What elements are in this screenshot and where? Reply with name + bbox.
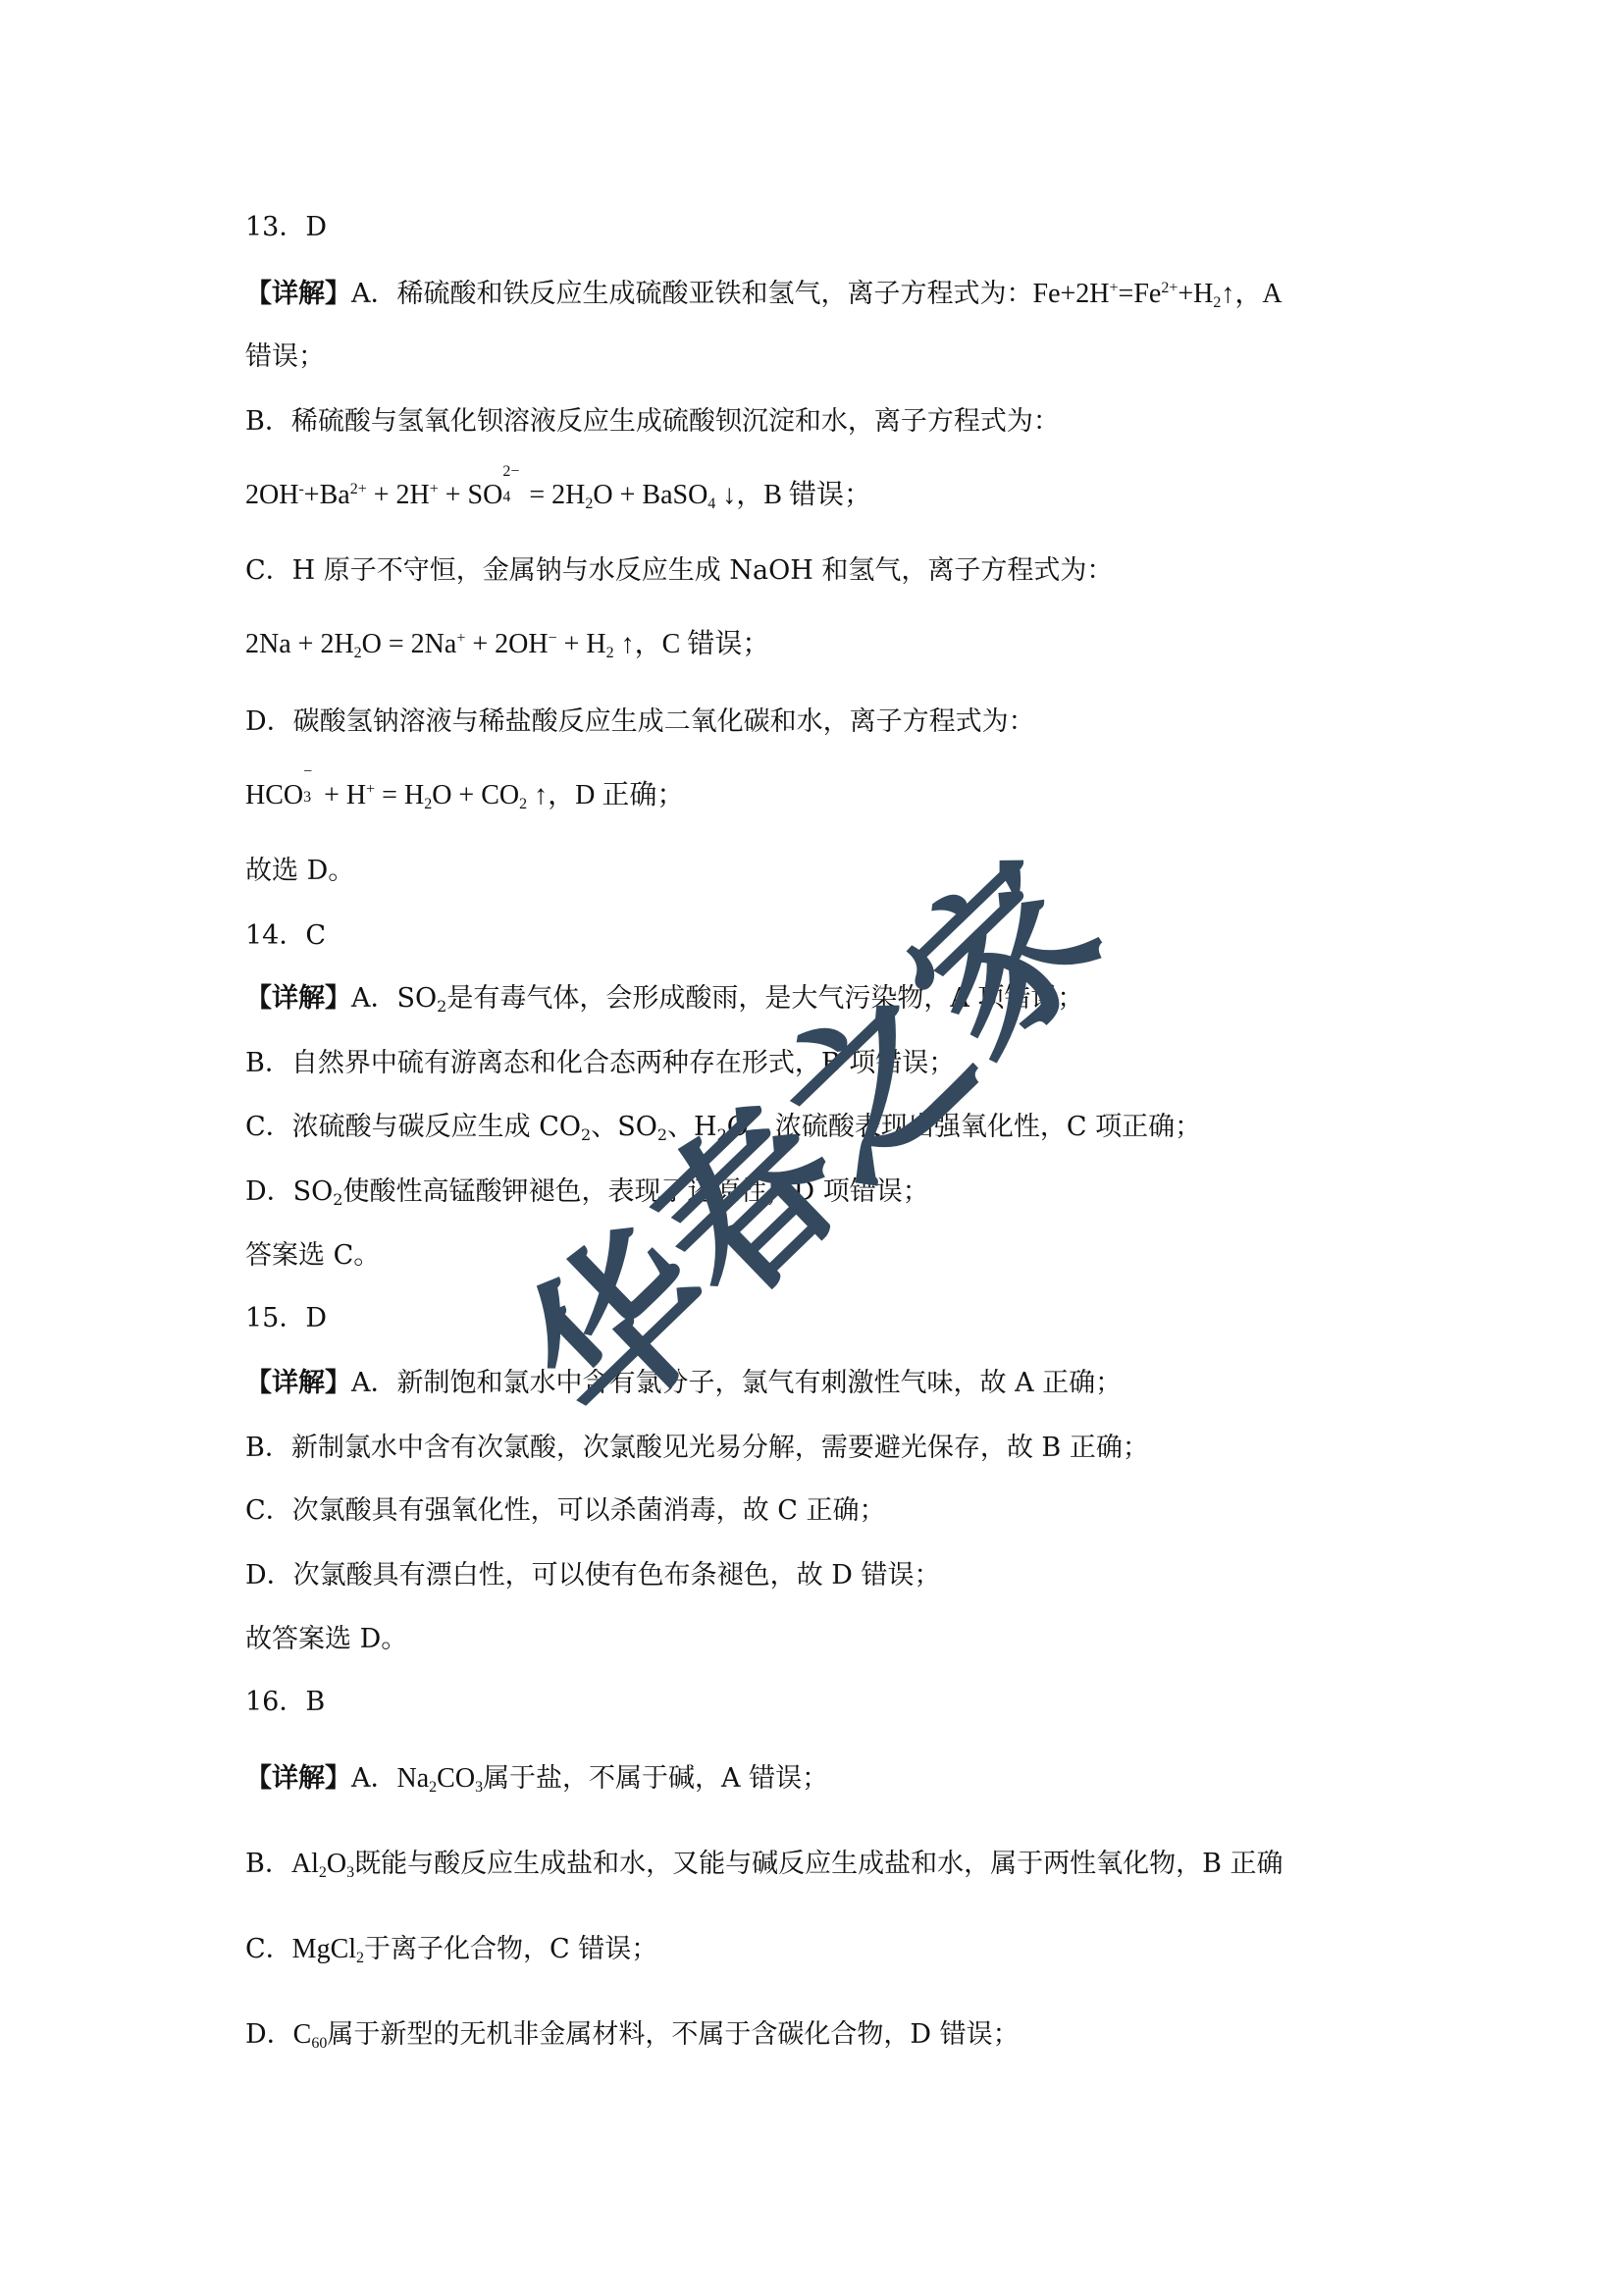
q13-a-equation: Fe+2H+=Fe2++H2↑，A bbox=[1033, 279, 1283, 309]
q15-option-c: C．次氯酸具有强氧化性，可以杀菌消毒，故 C 正确； bbox=[245, 1493, 885, 1529]
q16-option-c: C．MgCl2于离子化合物，C 错误； bbox=[245, 1932, 657, 1967]
q15-option-b: B．新制氯水中含有次氯酸，次氯酸见光易分解，需要避光保存，故 B 正确； bbox=[245, 1431, 1149, 1466]
q14-conclusion: 答案选 C。 bbox=[245, 1238, 380, 1274]
q14-option-c: C．浓硫酸与碳反应生成 CO2、SO2、H2O，浓硫酸表现出强氧化性，C 项正确… bbox=[245, 1110, 1201, 1145]
q16-answer-label: 16．B bbox=[245, 1685, 325, 1720]
q13-option-b: B．稀硫酸与氢氧化钡溶液反应生成硫酸钡沉淀和水，离子方程式为： bbox=[245, 404, 1060, 440]
q13-option-d: D．碳酸氢钠溶液与稀盐酸反应生成二氧化碳和水，离子方程式为： bbox=[245, 704, 1035, 740]
q13-option-d-equation: HCO−3 + H+ = H2O + CO2 ↑，D 正确； bbox=[245, 778, 684, 813]
q15-conclusion: 故答案选 D。 bbox=[245, 1622, 407, 1657]
q14-answer-label: 14．C bbox=[245, 918, 326, 954]
q14-option-b: B．自然界中硫有游离态和化合态两种存在形式，B 项错误； bbox=[245, 1046, 955, 1081]
detail-prefix: 【详解】 bbox=[245, 1368, 351, 1398]
detail-prefix: 【详解】 bbox=[245, 983, 351, 1014]
q13-option-b-equation: 2OH-+Ba2+ + 2H+ + SO2−4 = 2H2O + BaSO4 ↓… bbox=[245, 478, 871, 513]
detail-prefix: 【详解】 bbox=[245, 279, 351, 309]
q16-option-d: D．C60属于新型的无机非金属材料，不属于含碳化合物，D 错误； bbox=[245, 2017, 1020, 2053]
q15-option-d: D．次氯酸具有漂白性，可以使有色布条褪色，故 D 错误； bbox=[245, 1558, 940, 1593]
q13-option-a: 【详解】A．稀硫酸和铁反应生成硫酸亚铁和氢气，离子方程式为：Fe+2H+=Fe2… bbox=[245, 277, 1283, 312]
q13-option-c-equation: 2Na + 2H2O = 2Na+ + 2OH− + H2 ↑，C 错误； bbox=[245, 627, 769, 662]
q13-option-a-continued: 错误； bbox=[245, 339, 325, 375]
detail-prefix: 【详解】 bbox=[245, 1763, 351, 1794]
q16-option-b: B．Al2O3既能与酸反应生成盐和水，又能与碱反应生成盐和水，属于两性氧化物，B… bbox=[245, 1847, 1283, 1882]
q14-option-a: 【详解】A．SO2是有毒气体，会形成酸雨，是大气污染物，A 项错误； bbox=[245, 981, 1083, 1017]
q13-answer-label: 13．D bbox=[245, 210, 327, 245]
document-page: 13．D 【详解】A．稀硫酸和铁反应生成硫酸亚铁和氢气，离子方程式为：Fe+2H… bbox=[0, 0, 1623, 2296]
q16-option-a: 【详解】A．Na2CO3属于盐，不属于碱，A 错误； bbox=[245, 1761, 828, 1797]
q13-option-c: C．H 原子不守恒，金属钠与水反应生成 NaOH 和氢气，离子方程式为： bbox=[245, 553, 1113, 589]
q15-option-a: 【详解】A．新制饱和氯水中含有氯分子，氯气有刺激性气味，故 A 正确； bbox=[245, 1366, 1122, 1401]
q14-option-d: D．SO2使酸性高锰酸钾褪色，表现了还原性，D 项错误； bbox=[245, 1174, 929, 1210]
q15-answer-label: 15．D bbox=[245, 1301, 327, 1336]
q13-conclusion: 故选 D。 bbox=[245, 854, 354, 889]
